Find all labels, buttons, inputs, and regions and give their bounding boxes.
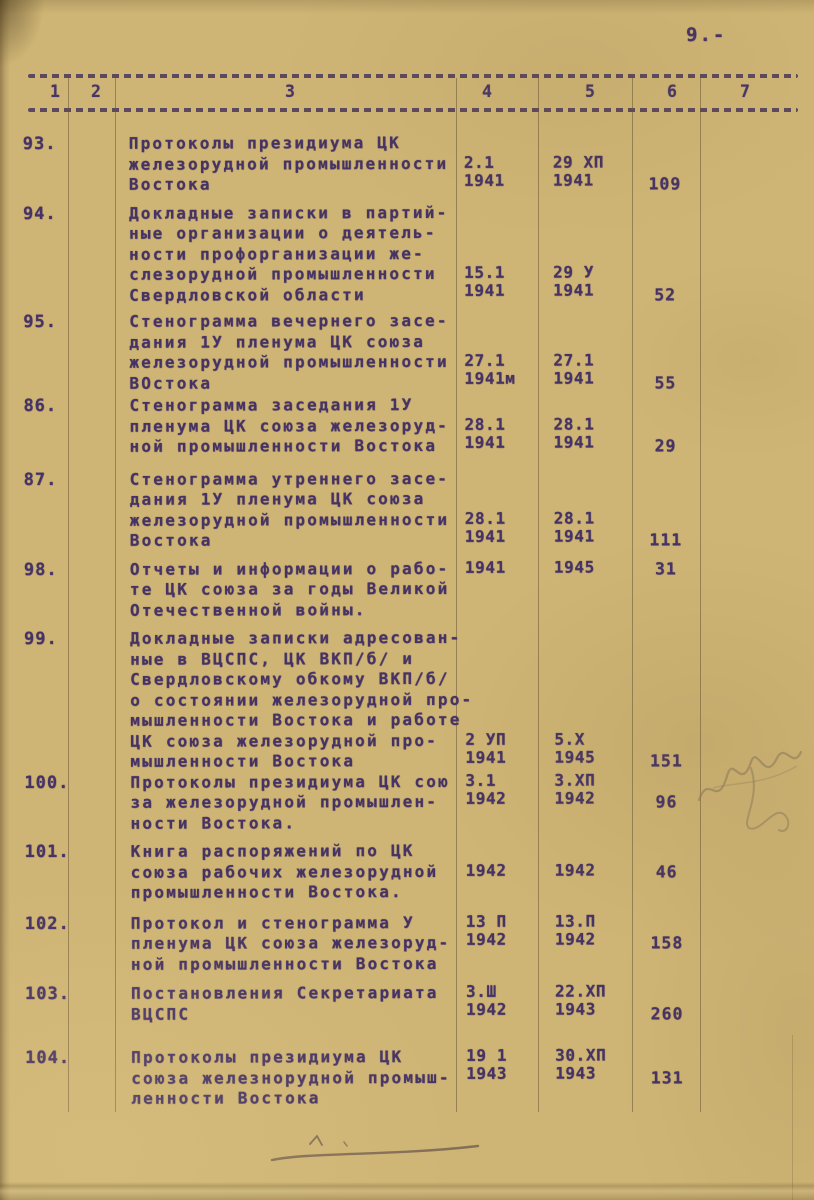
entry-number: 94.: [19, 203, 114, 224]
entry-number: 102.: [21, 913, 116, 934]
table-row: 98. Отчеты и информации о рабо- те ЦК со…: [20, 557, 814, 621]
entry-number: 101.: [21, 842, 116, 863]
sheet-count: 29: [632, 437, 700, 455]
start-date: 28.1 1941: [455, 415, 537, 451]
table-row: 95. Стенограмма вечернего засе- дания 1У…: [19, 310, 813, 394]
dashed-rule-top: [28, 74, 798, 78]
sheet-count: 109: [631, 175, 699, 193]
entry-number: 104.: [21, 1048, 116, 1069]
entry-description: Протокол и стенограмма У пленума ЦК союз…: [116, 912, 457, 974]
entry-description: Постановления Секретариата ВЦСПС: [116, 983, 457, 1025]
start-date: 28.1 1941: [456, 509, 538, 545]
end-date: 29 У 1941: [537, 263, 631, 299]
start-date: 15.1 1941: [455, 264, 537, 300]
end-date: 28.1 1941: [538, 509, 632, 545]
sheet-count: 52: [631, 286, 699, 304]
end-date: 30.ХП 1943: [539, 1046, 633, 1082]
sheet-count: 260: [633, 1005, 701, 1023]
end-date: 1945: [538, 558, 632, 576]
column-header-4: 4: [482, 82, 492, 101]
sheet-count: 46: [633, 863, 701, 881]
start-date: 19 1 1943: [457, 1047, 539, 1083]
start-date: 13 П 1942: [457, 912, 539, 948]
entry-description: Протоколы президиума ЦК железорудной про…: [114, 133, 455, 195]
table-row: 101. Книга распоряжений по ЦК союза рабо…: [21, 840, 814, 904]
sheet-count: 55: [631, 374, 699, 392]
entry-description: Книга распоряжений по ЦК союза рабочих ж…: [116, 841, 457, 903]
table-body: 93. Протоколы президиума ЦК железорудной…: [19, 132, 814, 1110]
entry-number: 100.: [20, 772, 115, 793]
entry-number: 99.: [20, 629, 115, 650]
sheet-count: 131: [633, 1069, 701, 1087]
table-row: 87. Стенограмма утреннего засе- дания 1У…: [20, 467, 814, 551]
entry-description: Протоколы президиума ЦК сою за железоруд…: [115, 771, 456, 833]
column-header-5: 5: [585, 82, 595, 101]
column-header-1: 1: [50, 82, 60, 101]
end-date: 13.П 1942: [539, 912, 633, 948]
end-date: 22.ХП 1943: [539, 982, 633, 1018]
document-page: 9.- 1 2 3 4 5 6 7 93. Протоколы президиу…: [0, 0, 814, 1200]
entry-description: Стенограмма заседания 1У пленума ЦК союз…: [114, 395, 455, 457]
entry-description: Докладные записки адресован- ные в ВЦСПС…: [115, 628, 456, 772]
entry-description: Отчеты и информации о рабо- те ЦК союза …: [115, 558, 456, 620]
entry-description: Стенограмма утреннего засе- дания 1У пле…: [115, 468, 456, 551]
end-date: 5.Х 1945: [538, 730, 632, 766]
sheet-count: 111: [632, 531, 700, 549]
start-date: 1942: [457, 861, 539, 879]
start-date: 2.1 1941: [455, 153, 537, 189]
sheet-count: 31: [632, 560, 700, 578]
entry-number: 86.: [19, 396, 114, 417]
end-date: 27.1 1941: [537, 351, 631, 387]
column-header-6: 6: [667, 82, 677, 101]
end-date: 28.1 1941: [537, 415, 631, 451]
entry-number: 87.: [20, 469, 115, 490]
start-date: 3.1 1942: [456, 771, 538, 807]
table-row: 86. Стенограмма заседания 1У пленума ЦК …: [19, 394, 813, 458]
table-row: 102. Протокол и стенограмма У пленума ЦК…: [21, 911, 814, 975]
entry-number: 93.: [19, 134, 114, 155]
handwritten-check-mark: [252, 1128, 492, 1178]
sheet-count: 158: [633, 934, 701, 952]
column-header-2: 2: [91, 82, 101, 101]
entry-number: 98.: [20, 559, 115, 580]
page-number: 9.-: [686, 24, 726, 46]
table-row: 94. Докладные записки в партий- ные орга…: [19, 201, 813, 306]
table-row: 103. Постановления Секретариата ВЦСПС 3.…: [21, 982, 814, 1025]
sheet-count: 96: [632, 793, 700, 811]
end-date: 1942: [539, 861, 633, 879]
entry-number: 103.: [21, 984, 116, 1005]
entry-number: 95.: [19, 312, 114, 333]
entry-description: Докладные записки в партий- ные организа…: [114, 202, 455, 305]
end-date: 29 ХП 1941: [537, 153, 631, 189]
column-header-7: 7: [740, 82, 750, 101]
table-row: 93. Протоколы президиума ЦК железорудной…: [19, 132, 813, 196]
pencil-scribble: [693, 702, 813, 842]
end-date: 3.ХП 1942: [538, 771, 632, 807]
paper-crease: [792, 1035, 793, 1200]
start-date: 1941: [456, 558, 538, 576]
sheet-count: 151: [632, 752, 700, 770]
entry-description: Стенограмма вечернего засе- дания 1У пле…: [114, 311, 455, 394]
start-date: 2 УП 1941: [456, 730, 538, 766]
start-date: 3.Ш 1942: [457, 983, 539, 1019]
column-header-3: 3: [285, 82, 295, 101]
start-date: 27.1 1941м: [455, 352, 537, 388]
dashed-rule-bottom: [28, 108, 798, 112]
table-row: 104. Протоколы президиума ЦК союза желез…: [21, 1046, 814, 1110]
entry-description: Протоколы президиума ЦК союза железноруд…: [116, 1047, 457, 1109]
